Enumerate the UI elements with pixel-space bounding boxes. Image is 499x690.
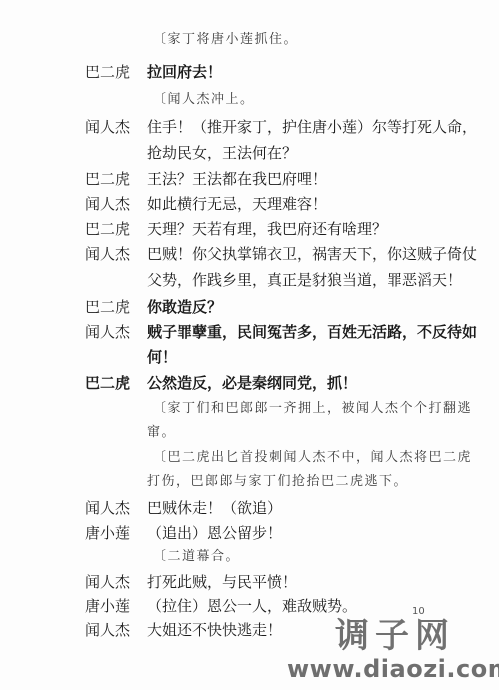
speaker-name: 闻人杰 (85, 115, 145, 139)
speech-text: 大姐还不快快逃走！ (147, 618, 282, 642)
speech-text: （拉住）恩公一人，难敌贼势。 (147, 594, 357, 618)
speech-text: 打死此贼，与民平愤！ (147, 570, 297, 594)
stage-direction: 〔家丁们和巴郎郎一齐拥上，被闻人杰个个打翻逃 (153, 397, 472, 421)
speaker-name: 巴二虎 (85, 60, 145, 84)
speaker-name: 巴二虎 (85, 167, 145, 191)
speaker-name: 巴二虎 (85, 295, 145, 319)
speech-text: 巴贼休走！（欲追） (147, 496, 282, 520)
speaker-name: 闻人杰 (85, 192, 145, 216)
stage-direction: 〔家丁将唐小莲抓住。 (153, 28, 298, 52)
speech-text: 公然造反，必是秦纲同党，抓！ (147, 371, 357, 395)
watermark-site-name: 调子网 (335, 616, 455, 656)
speech-text: 天理？天若有理，我巴府还有啥理？ (147, 217, 387, 241)
speech-text: 巴贼！你父执掌锦衣卫，祸害天下，你这贼子倚仗 (147, 242, 477, 266)
speech-text: 如此横行无忌，天理难容！ (147, 192, 327, 216)
stage-direction: 窜。 (147, 421, 176, 445)
stage-direction: 〔巴二虎出匕首投刺闻人杰不中，闻人杰将巴二虎 (153, 446, 472, 470)
speaker-name: 巴二虎 (85, 217, 145, 241)
stage-direction: 〔二道幕合。 (153, 545, 240, 569)
speaker-name: 巴二虎 (85, 371, 145, 395)
script-page: 〔家丁将唐小莲抓住。 巴二虎 拉回府去！ 〔闻人杰冲上。 闻人杰 住手！（推开家… (0, 0, 499, 690)
speaker-name: 闻人杰 (85, 570, 145, 594)
speech-text: （追出）恩公留步！ (147, 521, 282, 545)
speech-text: 王法？王法都在我巴府哩！ (147, 167, 327, 191)
stage-direction: 打伤，巴郎郎与家丁们抢抬巴二虎逃下。 (147, 470, 408, 494)
speech-text: 何！ (147, 345, 177, 369)
stage-direction: 〔闻人杰冲上。 (153, 88, 255, 112)
speaker-name: 闻人杰 (85, 242, 145, 266)
speech-text: 住手！（推开家丁，护住唐小莲）尔等打死人命， (147, 115, 477, 139)
speaker-name: 唐小莲 (85, 521, 145, 545)
speech-text: 父势，作践乡里，真正是豺狼当道，罪恶滔天！ (147, 268, 462, 292)
speaker-name: 闻人杰 (85, 618, 145, 642)
speaker-name: 闻人杰 (85, 320, 145, 344)
speech-text: 拉回府去！ (147, 60, 222, 84)
speech-text: 抢劫民女，王法何在？ (147, 141, 297, 165)
speech-text: 贼子罪孽重，民间冤苦多，百姓无活路，不反待如 (147, 320, 477, 344)
speaker-name: 闻人杰 (85, 496, 145, 520)
speech-text: 你敢造反？ (147, 295, 222, 319)
speaker-name: 唐小莲 (85, 594, 145, 618)
watermark-url: www.diaozi.com (287, 655, 499, 683)
